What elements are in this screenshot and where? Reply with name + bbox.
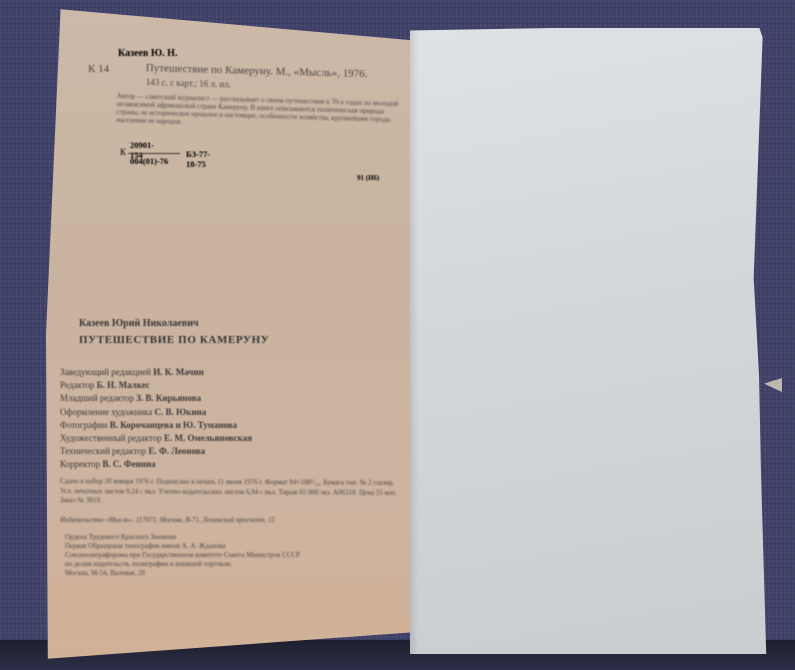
credit-role: Редактор [60,380,97,390]
printer-line: по делам издательств, полиграфии и книжн… [65,560,385,569]
torn-edge [764,378,782,392]
author-full-name: Казеев Юрий Николаевич [79,318,199,329]
credit-row: Художественный редактор Е. М. Омельяновс… [60,432,252,445]
credit-role: Заведующий редакцией [60,367,153,377]
catalog-author: Казеев Ю. Н. [118,48,177,59]
credit-role: Фотографии [60,420,110,430]
credit-name: И. К. Мачин [153,367,204,377]
credit-name: С. В. Юкина [155,407,207,417]
fraction-prefix: К [120,147,126,157]
credit-name: В. С. Фенина [102,459,155,469]
page-fold-shadow [410,28,418,654]
credit-row: Фотографии В. Корочанцева и Ю. Туманова [60,419,252,432]
printer-info: Ордена Трудового Красного ЗнамениПервая … [65,533,385,578]
credit-name: З. В. Кирьянова [136,393,201,403]
credit-role: Оформление художника [60,407,155,417]
credit-row: Заведующий редакцией И. К. Мачин [60,366,252,379]
printer-line: Ордена Трудового Красного Знамени [65,533,385,542]
udc-code: 91 (И6) [357,174,379,182]
printer-line: Москва, М-54, Валовая, 28 [65,569,385,578]
credit-role: Технический редактор [60,446,148,456]
catalog-code: БЗ-77-18-75 [186,149,210,169]
credit-name: В. Корочанцева и Ю. Туманова [110,420,237,430]
publisher-address: Издательство «Мысль». 117071. Москва, В-… [60,516,275,524]
book-title: ПУТЕШЕСТВИЕ ПО КАМЕРУНУ [79,334,269,346]
catalog-index: К 14 [88,63,109,75]
credit-row: Оформление художника С. В. Юкина [60,406,252,419]
credits-list: Заведующий редакцией И. К. МачинРедактор… [60,366,252,472]
credit-role: Художественный редактор [60,433,164,443]
imprint-details: Сдано в набор 20 января 1976 г. Подписан… [60,477,400,507]
credit-row: Технический редактор Е. Ф. Леонова [60,445,252,458]
credit-row: Корректор В. С. Фенина [60,458,252,471]
right-page-blank [410,28,768,654]
fraction-denominator: 004(01)-76 [130,156,168,166]
credit-role: Корректор [60,459,102,469]
credit-row: Редактор Б. Н. Малкес [60,379,252,392]
printer-line: Первая Образцовая типография имени А. А.… [65,542,385,551]
credit-name: Е. Ф. Леонова [148,446,205,456]
credit-row: Младший редактор З. В. Кирьянова [60,392,252,405]
printer-line: Союзполиграфпрома при Государственном ко… [65,551,385,560]
fraction-bar [128,153,180,154]
credit-name: Б. Н. Малкес [97,380,150,390]
credit-role: Младший редактор [60,393,136,403]
credit-name: Е. М. Омельяновская [164,433,252,443]
